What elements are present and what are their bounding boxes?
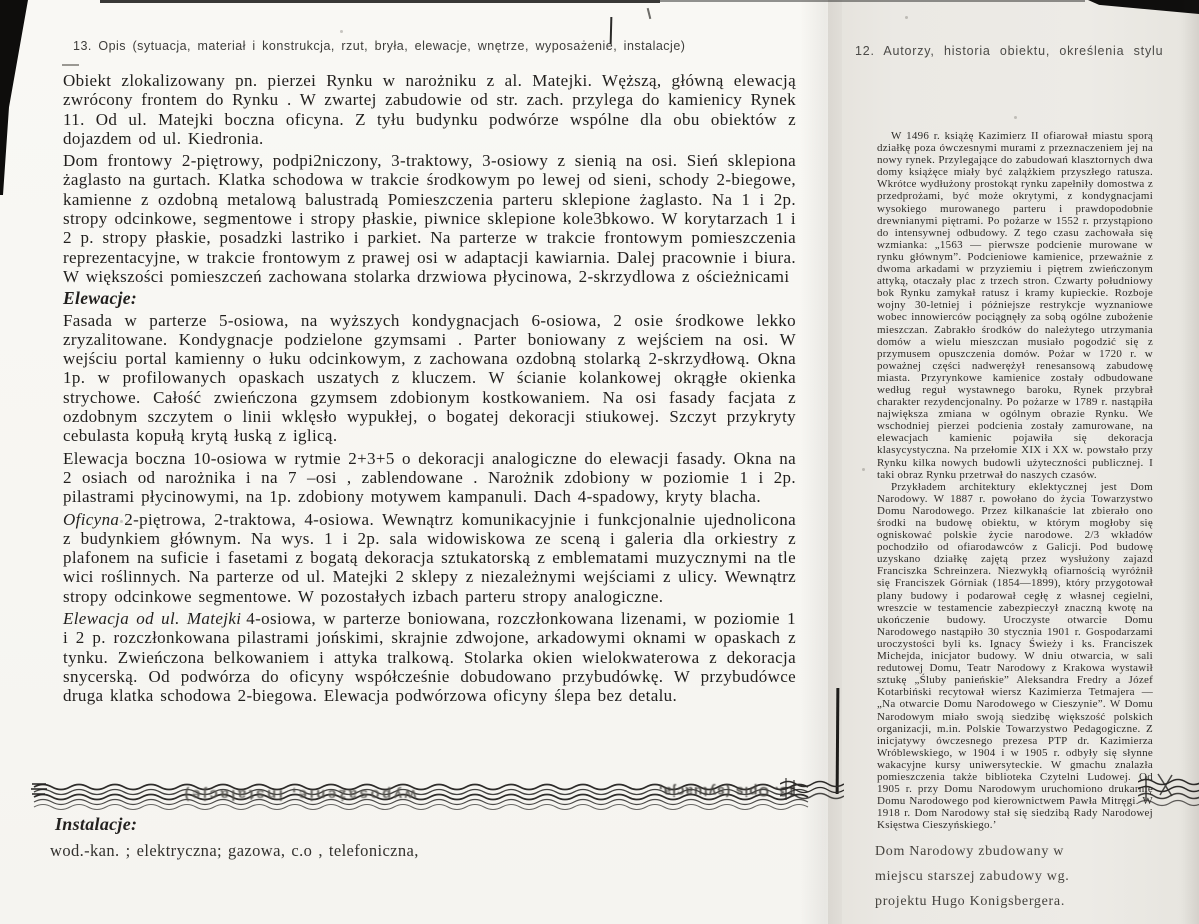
left-page-body: Obiekt zlokalizowany pn. pierzei Rynku w… <box>63 71 796 709</box>
paragraph-matejki: Elewacja od ul. Matejki4-osiowa, w parte… <box>63 609 796 705</box>
left-page-header: 13. Opis (sytuacja, materiał i konstrukc… <box>73 39 685 53</box>
paragraph-dom-narodowy: Przykładem architektury eklektycznej jes… <box>877 481 1153 832</box>
right-page: 12. Autorzy, historia obiektu, określeni… <box>828 0 1199 924</box>
paragraph-matejki-lead: Elewacja od ul. Matejki <box>63 609 241 628</box>
paragraph-oficyna-lead: Oficyna <box>63 510 119 529</box>
paragraph-oficyna-text: 2-piętrowa, 2-traktowa, 4-osiowa. Wewnąt… <box>63 510 796 606</box>
paragraph-oficyna: Oficyna2-piętrowa, 2-traktowa, 4-osiowa.… <box>63 510 796 606</box>
paragraph-elewacja-boczna: Elewacja boczna 10-osiowa w rytmie 2+3+5… <box>63 449 796 507</box>
header-underline-mark <box>62 64 79 66</box>
photo-caption: Dom Narodowy zbudowany w miejscu starsze… <box>875 839 1080 914</box>
section-heading-instalacje: Instalacje: <box>55 814 137 835</box>
paragraph-situation: Obiekt zlokalizowany pn. pierzei Rynku w… <box>63 71 796 148</box>
show-through-text-a: wyposażenie, instalacje) <box>182 786 416 803</box>
paragraph-fasada: Fasada w parterze 5-osiowa, na wyższych … <box>63 311 796 446</box>
right-page-body: W 1496 r. książę Kazimierz II ofiarował … <box>877 130 1153 831</box>
wavy-separator-band: wyposażenie, instalacje) 13. Opis (sytua… <box>30 781 815 813</box>
left-page: 13. Opis (sytuacja, materiał i konstrukc… <box>0 0 828 924</box>
show-through-text-b: 13. Opis (sytuacja, <box>658 784 796 799</box>
paragraph-history-rynek: W 1496 r. książę Kazimierz II ofiarował … <box>877 130 1153 481</box>
scanned-document: { "colors": { "ink": "#211f1d", "paper_l… <box>0 0 1199 924</box>
section-heading-elewacje: Elewacje: <box>63 289 796 308</box>
right-page-header: 12. Autorzy, historia obiektu, określeni… <box>855 44 1163 58</box>
paragraph-dom-frontowy: Dom frontowy 2-piętrowy, podpi2niczony, … <box>63 151 796 286</box>
paragraph-instalacje: wod.-kan. ; elektryczna; gazowa, c.o , t… <box>50 841 419 861</box>
